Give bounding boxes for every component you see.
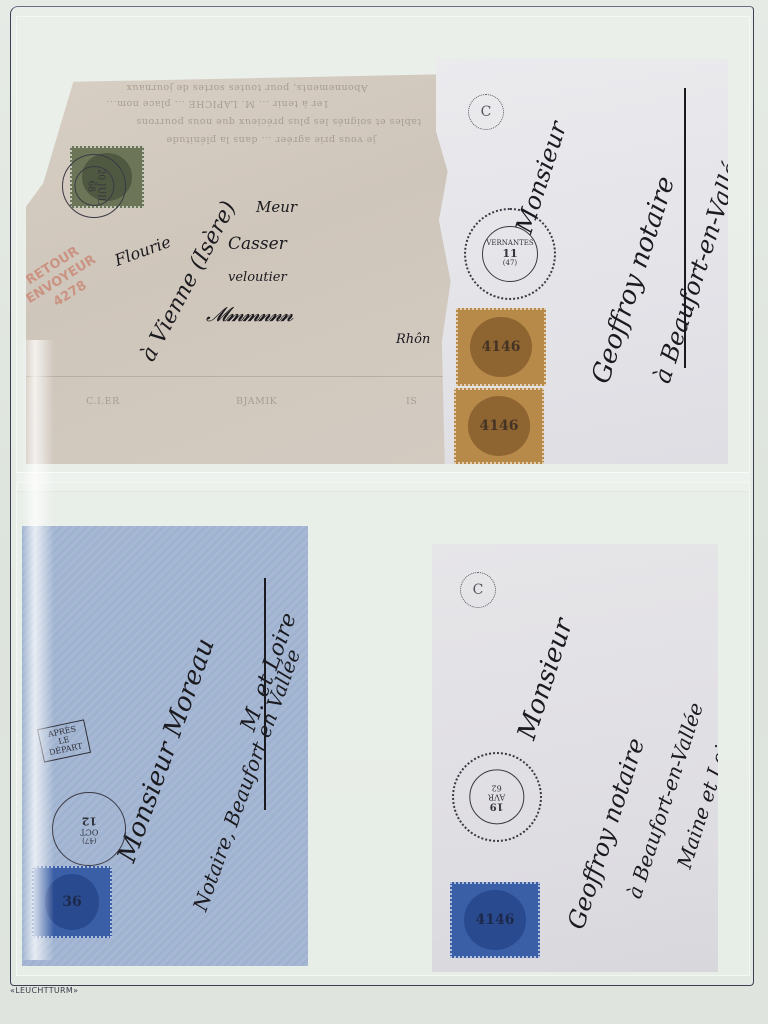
cover-top-right: C VERNANTES 11 (47) Monsieur Geoffroy no… bbox=[436, 58, 728, 464]
printed-text-line: je vous prie agréer ... dans la plénitud… bbox=[166, 134, 376, 145]
printed-text-line: 1er à tenir ... M. LAPICHE ... place nom… bbox=[106, 98, 329, 109]
small-c-postmark: C bbox=[468, 94, 504, 130]
fold-line bbox=[26, 376, 456, 377]
stamp-bistre: 4146 bbox=[456, 308, 546, 386]
address-line-salutation: Monsieur Moreau bbox=[112, 634, 221, 866]
address-line: veloutier bbox=[228, 270, 287, 285]
postmark-circle: 20 JUIL 68 bbox=[62, 154, 126, 218]
album-page: Abonnements, pour toutes sortes de journ… bbox=[0, 0, 768, 1024]
retour-envoyeur-handstamp: RETOUR ENVOYEUR 4278 bbox=[26, 239, 108, 322]
address-line-salutation: Monsieur bbox=[512, 615, 579, 743]
address-line-recipient: Geoffroy notaire bbox=[562, 735, 650, 933]
address-line: Flourie bbox=[112, 232, 173, 270]
stamp-bistre: 4146 bbox=[454, 388, 544, 464]
cover-top-left: Abonnements, pour toutes sortes de journ… bbox=[26, 74, 456, 464]
signature-scribble: 𝓜𝓶𝓶𝓷𝓷𝓷 bbox=[206, 302, 292, 326]
postmark-date: 20 JUIL 68 bbox=[74, 166, 114, 206]
stamp-blue: 4146 bbox=[450, 882, 540, 958]
address-underline bbox=[264, 578, 266, 810]
address-underline bbox=[684, 88, 686, 368]
stamp-blue: 36 bbox=[32, 866, 112, 938]
date-postmark: (47) OCT 12 bbox=[52, 792, 126, 866]
leuchtturm-brand: «LEUCHTTURM» bbox=[10, 986, 78, 995]
cover-bottom-right: C Monsieur Geoffroy notaire à Beaufort-e… bbox=[432, 544, 718, 972]
cover-bottom-left: Monsieur Moreau Notaire, Beaufort en Val… bbox=[22, 526, 308, 966]
address-line: Casser bbox=[228, 234, 287, 254]
vernantes-postmark: 19 AVR 62 bbox=[452, 752, 542, 842]
address-line: Meur bbox=[256, 198, 297, 216]
fold-print: BJAMIK bbox=[236, 396, 277, 407]
printed-text-line: Abonnements, pour toutes sortes de journ… bbox=[126, 82, 368, 93]
address-line-salutation: Monsieur bbox=[510, 118, 572, 237]
fold-print: IS bbox=[406, 396, 417, 407]
vernantes-postmark: VERNANTES 11 (47) bbox=[464, 208, 556, 300]
printed-text-line: tables et soignés les plus précieux que … bbox=[136, 116, 421, 127]
apres-le-depart-mark: APRÈS LE DÉPART bbox=[37, 719, 91, 762]
small-c-postmark: C bbox=[460, 572, 496, 608]
address-line-destination: à Vienne (Isère) bbox=[136, 197, 242, 366]
side-note: Rhôn bbox=[396, 332, 430, 347]
fold-print: C.I.ER bbox=[86, 396, 120, 407]
